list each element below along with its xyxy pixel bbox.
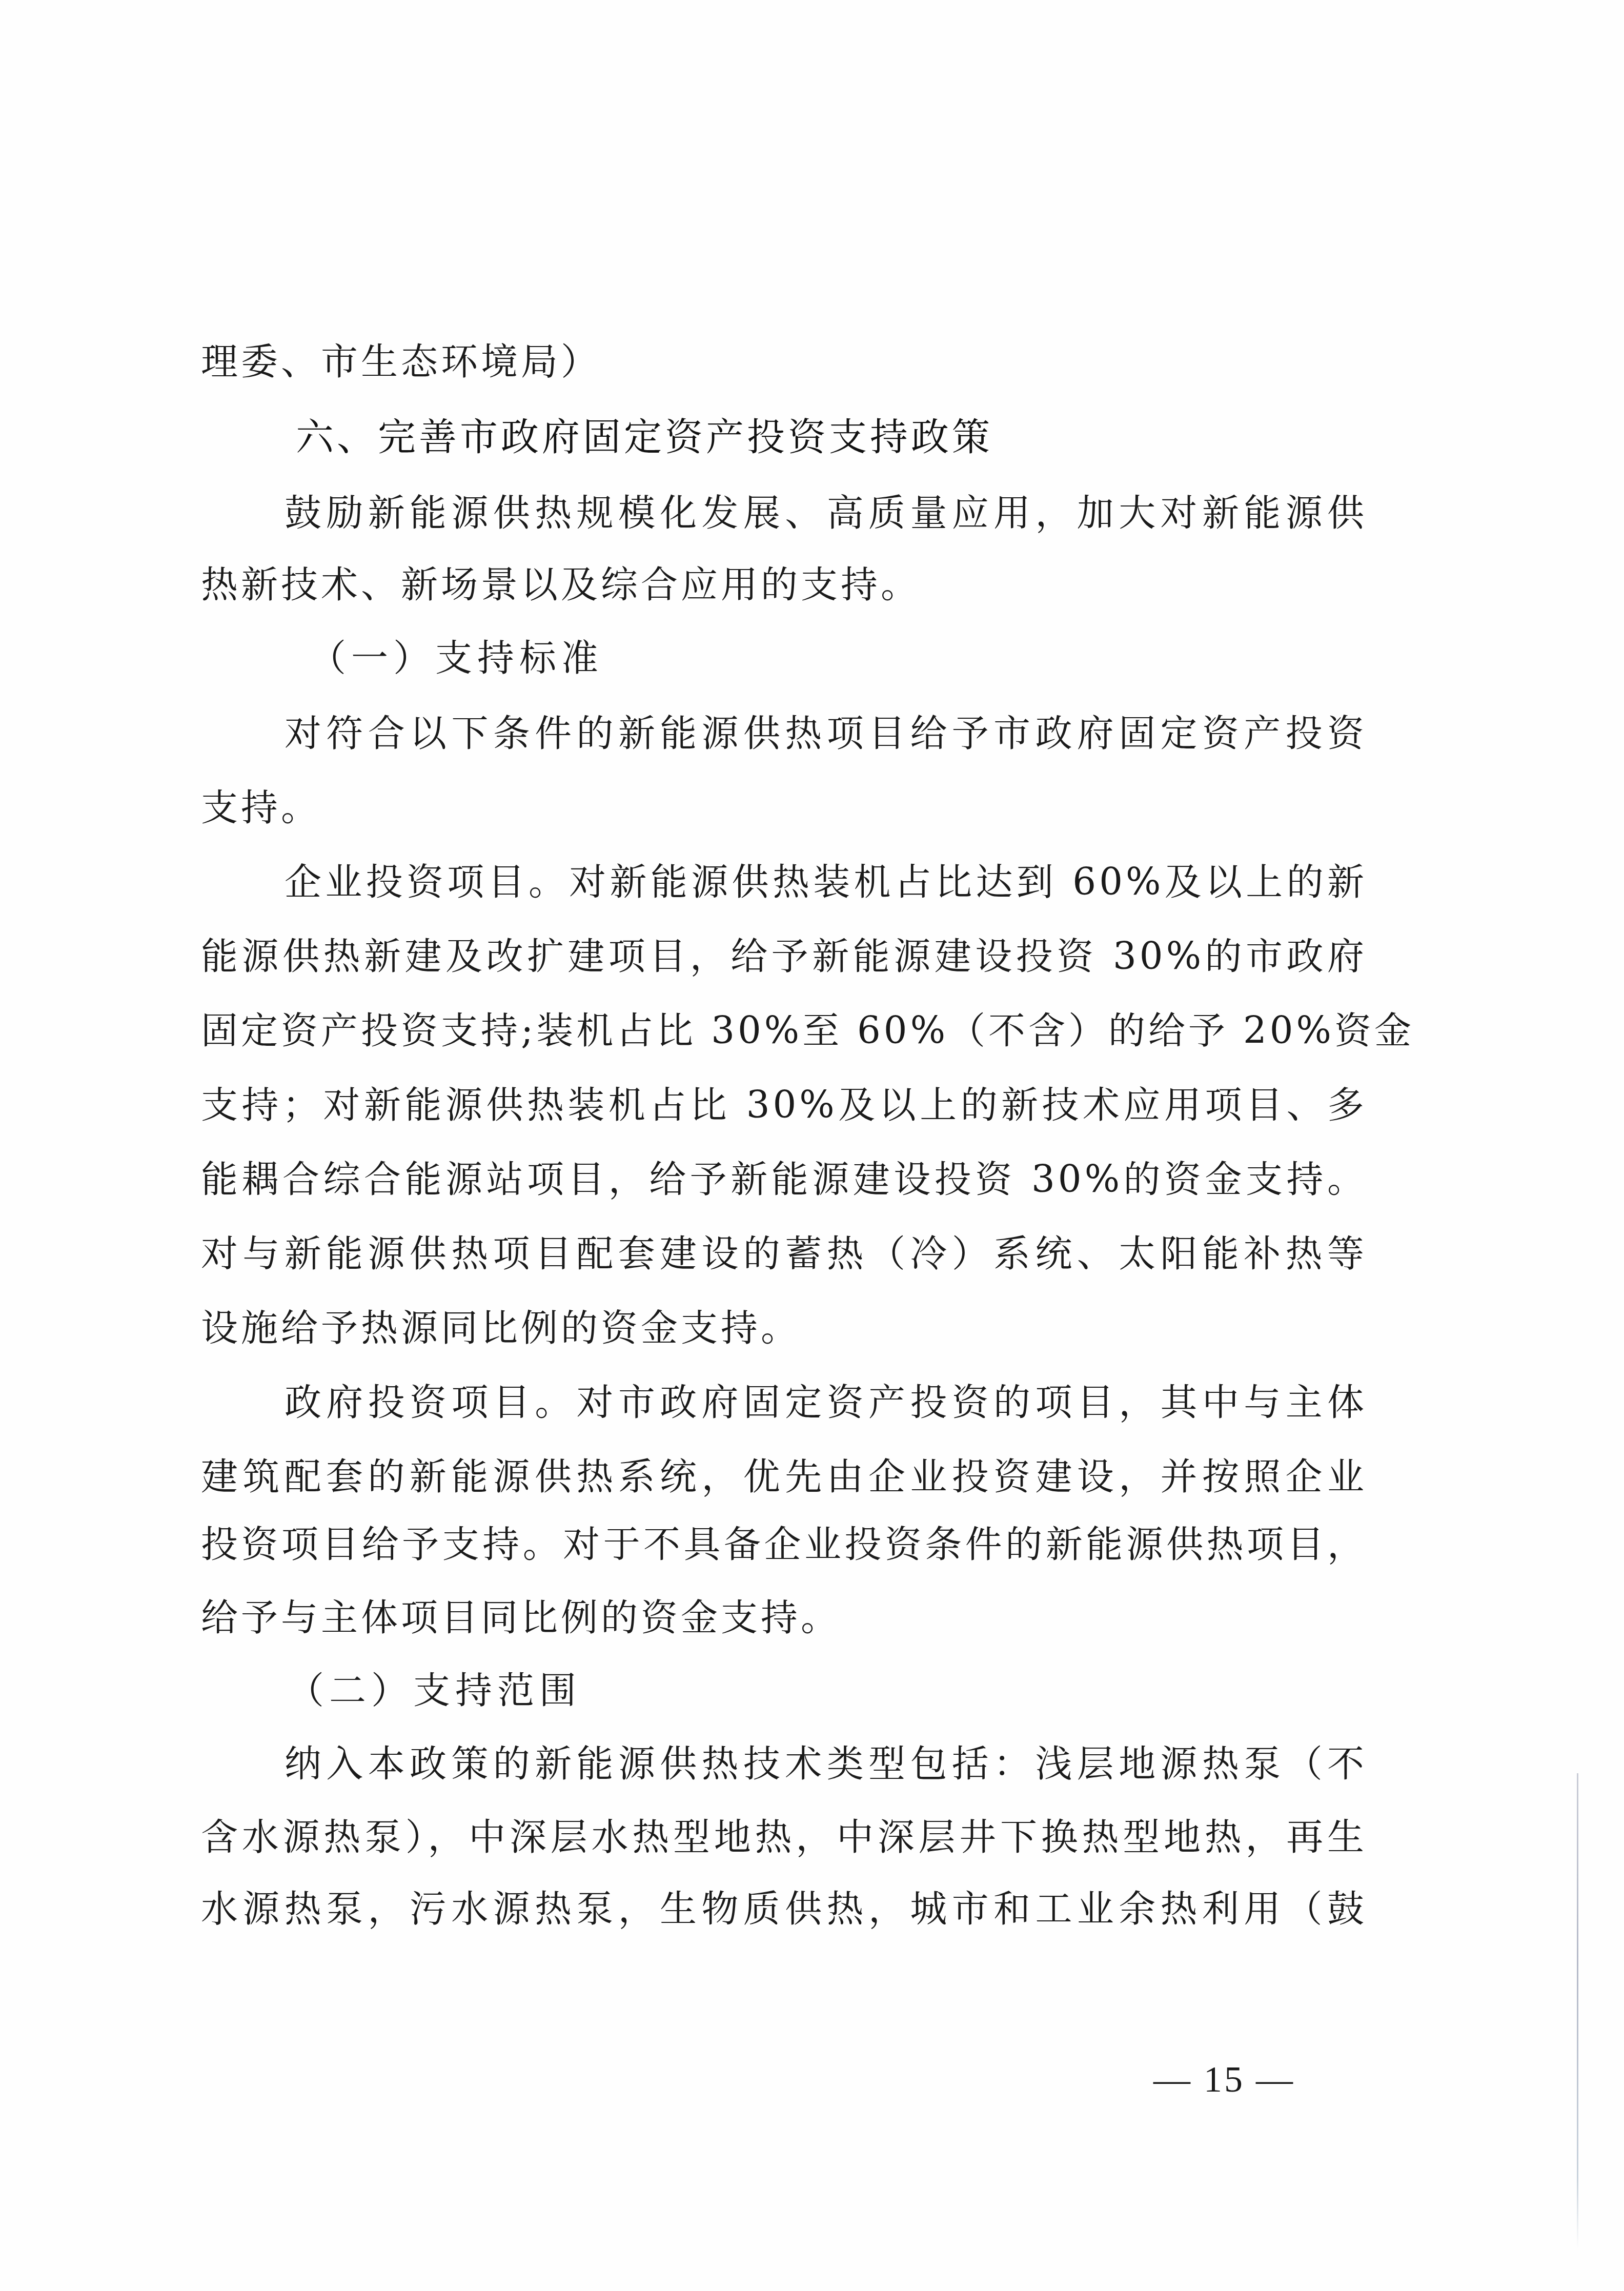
paragraph-government-line-3: 投资项目给予支持。对于不具备企业投资条件的新能源供热项目， xyxy=(201,1518,1367,1570)
section-heading-six: 六、完善市政府固定资产投资支持政策 xyxy=(296,412,993,463)
paragraph-enterprise-line-6: 对与新能源供热项目配套建设的蓄热（冷）系统、太阳能补热等 xyxy=(201,1228,1367,1279)
paragraph-government-line-4: 给予与主体项目同比例的资金支持。 xyxy=(201,1592,841,1643)
paragraph-enterprise-line-4: 支持；对新能源供热装机占比 30%及以上的新技术应用项目、多 xyxy=(201,1079,1367,1130)
paragraph-scope-line-3: 水源热泵，污水源热泵，生物质供热，城市和工业余热利用（鼓 xyxy=(201,1883,1367,1934)
paragraph-intro-line-2: 热新技术、新场景以及综合应用的支持。 xyxy=(201,559,921,610)
paragraph-enterprise-line-2: 能源供热新建及改扩建项目，给予新能源建设投资 30%的市政府 xyxy=(201,930,1367,982)
paragraph-enterprise-line-7: 设施给予热源同比例的资金支持。 xyxy=(201,1302,801,1353)
paragraph-intro-line-1: 鼓励新能源供热规模化发展、高质量应用，加大对新能源供 xyxy=(285,487,1367,538)
text-line-continuation: 理委、市生态环境局） xyxy=(201,336,601,387)
paragraph-criteria-line-1: 对符合以下条件的新能源供热项目给予市政府固定资产投资 xyxy=(285,707,1367,759)
subsection-heading-support-scope: （二）支持范围 xyxy=(287,1665,581,1716)
paragraph-scope-line-2: 含水源热泵），中深层水热型地热，中深层井下换热型地热，再生 xyxy=(201,1811,1367,1862)
paragraph-government-line-2: 建筑配套的新能源供热系统，优先由企业投资建设，并按照企业 xyxy=(201,1451,1367,1502)
paragraph-enterprise-line-5: 能耦合综合能源站项目，给予新能源建设投资 30%的资金支持。 xyxy=(201,1153,1367,1205)
subsection-heading-support-standard: （一）支持标准 xyxy=(309,632,603,683)
page-number: — 15 — xyxy=(1153,2054,1295,2105)
paragraph-scope-line-1: 纳入本政策的新能源供热技术类型包括：浅层地源热泵（不 xyxy=(285,1738,1367,1789)
document-page: 理委、市生态环境局） 六、完善市政府固定资产投资支持政策 鼓励新能源供热规模化发… xyxy=(0,0,1624,2291)
paragraph-government-line-1: 政府投资项目。对市政府固定资产投资的项目，其中与主体 xyxy=(285,1376,1367,1428)
scan-edge-line xyxy=(1577,1773,1578,2249)
paragraph-enterprise-line-3: 固定资产投资支持;装机占比 30%至 60%（不含）的给予 20%资金 xyxy=(201,1005,1367,1056)
paragraph-criteria-line-2: 支持。 xyxy=(201,782,321,833)
paragraph-enterprise-line-1: 企业投资项目。对新能源供热装机占比达到 60%及以上的新 xyxy=(285,856,1367,907)
